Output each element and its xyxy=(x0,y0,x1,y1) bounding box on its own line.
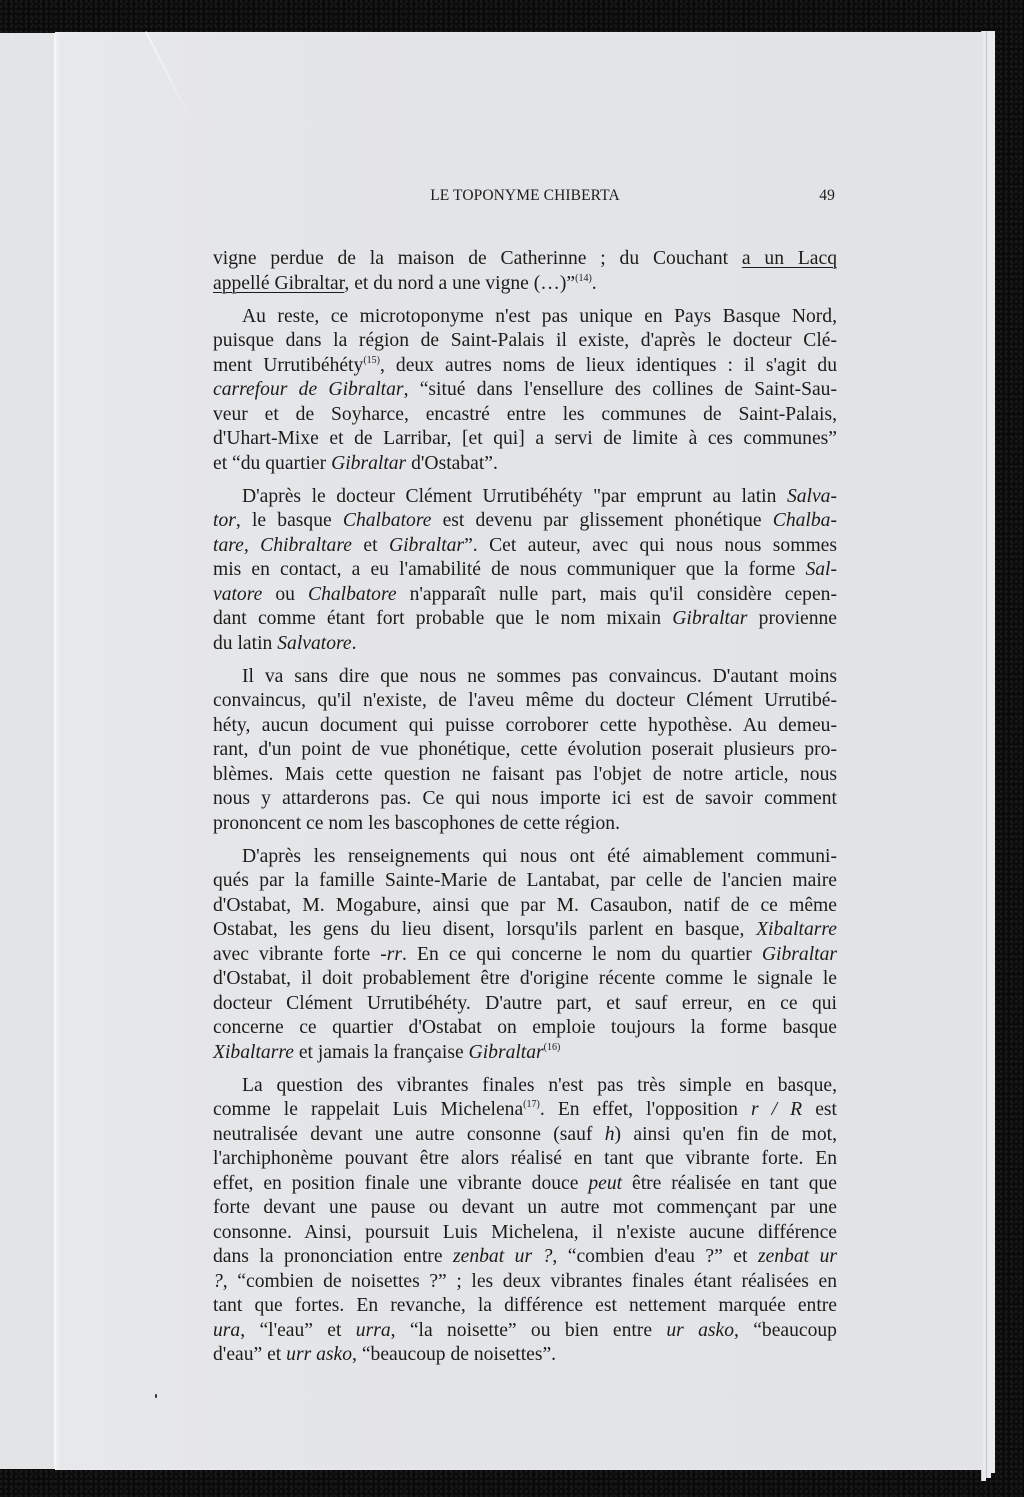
paragraph: D'après les renseignements qui nous ont … xyxy=(213,845,837,1066)
paragraph: D'après le docteur Clément Urrutibéhéty … xyxy=(213,485,837,657)
text-line: nous y attarderons pas. Ce qui nous impo… xyxy=(213,787,837,812)
text-run: , “combien de noisettes ?” ; les deux vi… xyxy=(223,1271,837,1292)
text-run: comme le rappelait Luis Michelena xyxy=(213,1099,523,1120)
italic-term: Gibraltar xyxy=(762,944,837,965)
text-run: , “beaucoup de noisettes”. xyxy=(352,1344,556,1365)
text-line: docteur Clément Urrutibéhéty. D'autre pa… xyxy=(213,992,837,1017)
italic-term: Sal- xyxy=(805,559,837,580)
facing-page-edge xyxy=(0,33,55,1469)
text-run: et “du quartier xyxy=(213,453,331,474)
text-run: est xyxy=(802,1099,837,1120)
italic-term: urr asko xyxy=(286,1344,352,1365)
text-run: Ostabat, les gens du lieu disent, lorsqu… xyxy=(213,919,756,940)
text-run: D'après les renseignements qui nous ont … xyxy=(242,846,837,867)
text-run: ) ainsi qu'en fin de mot, xyxy=(615,1124,837,1145)
text-line: consonne. Ainsi, poursuit Luis Michelena… xyxy=(213,1221,837,1246)
text-line: forte devant une pause ou devant un autr… xyxy=(213,1196,837,1221)
italic-term: Salva- xyxy=(787,486,837,507)
text-run: puisque dans la région de Saint-Palais i… xyxy=(213,330,837,351)
italic-term: ur asko xyxy=(666,1320,734,1341)
text-run: d'Ostabat, M. Mogabure, ainsi que par M.… xyxy=(213,895,837,916)
text-line: blèmes. Mais cette question ne faisant p… xyxy=(213,763,837,788)
footnote-reference: (16) xyxy=(544,1042,561,1053)
paragraph: La question des vibrantes finales n'est … xyxy=(213,1074,837,1368)
italic-term: Gibraltar xyxy=(331,453,406,474)
text-run: ment Urrutibéhéty xyxy=(213,355,363,376)
text-run: . En effet, l'opposition xyxy=(540,1099,751,1120)
text-run: , le basque xyxy=(236,510,343,531)
text-line: dans la prononciation entre zenbat ur ?,… xyxy=(213,1245,837,1270)
text-line: ura, “l'eau” et urra, “la noisette” ou b… xyxy=(213,1319,837,1344)
text-run: Au reste, ce microtoponyme n'est pas uni… xyxy=(242,306,837,327)
text-line: D'après les renseignements qui nous ont … xyxy=(213,845,837,870)
text-line: appellé Gibraltar, et du nord a une vign… xyxy=(213,272,837,297)
text-run: dant comme étant fort probable que le no… xyxy=(213,608,672,629)
scan-speck xyxy=(155,1394,157,1398)
text-line: Il va sans dire que nous ne sommes pas c… xyxy=(213,665,837,690)
footnote-reference: (17) xyxy=(523,1099,540,1110)
text-line: héty, aucun document qui puisse corrobor… xyxy=(213,714,837,739)
text-run: et jamais la française xyxy=(294,1042,469,1063)
text-run: mis en contact, a eu l'amabilité de nous… xyxy=(213,559,805,580)
text-run: veur et de Soyharce, encastré entre les … xyxy=(213,404,837,425)
italic-term: tare, Chibraltare xyxy=(213,535,352,556)
page-stack-edge xyxy=(986,31,991,1478)
text-run: . xyxy=(592,273,597,294)
text-line: Au reste, ce microtoponyme n'est pas uni… xyxy=(213,305,837,330)
text-line: Ostabat, les gens du lieu disent, lorsqu… xyxy=(213,918,837,943)
text-line: La question des vibrantes finales n'est … xyxy=(213,1074,837,1099)
text-run: convaincus, qu'il n'existe, de l'aveu mê… xyxy=(213,690,837,711)
text-run: , “l'eau” et xyxy=(240,1320,356,1341)
text-run: , “situé dans l'ensellure des collines d… xyxy=(404,379,837,400)
text-line: qués par la famille Sainte-Marie de Lant… xyxy=(213,869,837,894)
text-line: carrefour de Gibraltar, “situé dans l'en… xyxy=(213,378,837,403)
text-run: , deux autres noms de lieux identiques :… xyxy=(380,355,837,376)
italic-term: h xyxy=(605,1124,615,1145)
running-title: LE TOPONYME CHIBERTA xyxy=(213,187,837,205)
text-line: ?, “combien de noisettes ?” ; les deux v… xyxy=(213,1270,837,1295)
page-number: 49 xyxy=(819,187,835,205)
text-run: La question des vibrantes finales n'est … xyxy=(242,1075,837,1096)
text-run: dans la prononciation entre xyxy=(213,1246,453,1267)
text-run: tant que fortes. En revanche, la différe… xyxy=(213,1295,837,1316)
text-line: convaincus, qu'il n'existe, de l'aveu mê… xyxy=(213,689,837,714)
italic-term: urra xyxy=(356,1320,391,1341)
text-line: effet, en position finale une vibrante d… xyxy=(213,1172,837,1197)
text-line: mis en contact, a eu l'amabilité de nous… xyxy=(213,558,837,583)
text-run: ou xyxy=(262,584,308,605)
text-line: du latin Salvatore. xyxy=(213,632,837,657)
paragraph: Au reste, ce microtoponyme n'est pas uni… xyxy=(213,305,837,477)
text-run: provienne xyxy=(747,608,837,629)
text-run: qués par la famille Sainte-Marie de Lant… xyxy=(213,870,837,891)
text-run: nous y attarderons pas. Ce qui nous impo… xyxy=(213,788,837,809)
text-line: dant comme étant fort probable que le no… xyxy=(213,607,837,632)
footnote-reference: (15) xyxy=(363,355,380,366)
italic-term: Chalbatore xyxy=(308,584,397,605)
running-head: LE TOPONYME CHIBERTA 49 xyxy=(213,187,837,209)
text-run: Il va sans dire que nous ne sommes pas c… xyxy=(242,666,837,687)
italic-term: vatore xyxy=(213,584,262,605)
text-run: effet, en position finale une vibrante d… xyxy=(213,1173,588,1194)
italic-term: Salvatore xyxy=(277,633,351,654)
italic-term: Xibaltarre xyxy=(756,919,837,940)
text-run: l'archiphonème pouvant être alors réalis… xyxy=(213,1148,837,1169)
text-run: forte devant une pause ou devant un autr… xyxy=(213,1197,837,1218)
italic-term: -rr xyxy=(380,944,402,965)
text-run: et xyxy=(352,535,389,556)
text-line: comme le rappelait Luis Michelena(17). E… xyxy=(213,1098,837,1123)
italic-term: ura xyxy=(213,1320,240,1341)
text-line: d'Ostabat, il doit probablement être d'o… xyxy=(213,967,837,992)
text-run: a un Lacq xyxy=(742,248,837,269)
text-line: concerne ce quartier d'Ostabat on emploi… xyxy=(213,1016,837,1041)
text-run: , “beaucoup xyxy=(734,1320,837,1341)
italic-term: ? xyxy=(213,1271,223,1292)
italic-term: peut xyxy=(588,1173,622,1194)
italic-term: Gibraltar xyxy=(389,535,464,556)
text-run: ”. Cet auteur, avec qui nous nous sommes xyxy=(464,535,837,556)
text-line: d'Uhart-Mixe et de Larribar, [et qui] a … xyxy=(213,427,837,452)
text-line: prononcent ce nom les bascophones de cet… xyxy=(213,812,837,837)
italic-term: Gibraltar xyxy=(672,608,747,629)
text-run: blèmes. Mais cette question ne faisant p… xyxy=(213,764,837,785)
italic-term: Chalbatore xyxy=(343,510,432,531)
text-run: . En ce qui concerne le nom du quartier xyxy=(402,944,762,965)
text-line: l'archiphonème pouvant être alors réalis… xyxy=(213,1147,837,1172)
text-run: consonne. Ainsi, poursuit Luis Michelena… xyxy=(213,1222,837,1243)
italic-term: zenbat ur ? xyxy=(453,1246,552,1267)
text-run: d'eau” et xyxy=(213,1344,286,1365)
footnote-reference: (14) xyxy=(575,273,592,284)
italic-term: carrefour de Gibraltar xyxy=(213,379,404,400)
italic-term: Xibaltarre xyxy=(213,1042,294,1063)
text-line: et “du quartier Gibraltar d'Ostabat”. xyxy=(213,452,837,477)
text-run: du latin xyxy=(213,633,277,654)
text-run: docteur Clément Urrutibéhéty. D'autre pa… xyxy=(213,993,837,1014)
text-run: rant, d'un point de vue phonétique, cett… xyxy=(213,739,837,760)
text-line: rant, d'un point de vue phonétique, cett… xyxy=(213,738,837,763)
text-line: avec vibrante forte -rr. En ce qui conce… xyxy=(213,943,837,968)
text-line: neutralisée devant une autre consonne (s… xyxy=(213,1123,837,1148)
text-run: appellé Gibraltar xyxy=(213,273,344,294)
text-run: être réalisée en tant que xyxy=(622,1173,837,1194)
text-run: héty, aucun document qui puisse corrobor… xyxy=(213,715,837,736)
text-line: tare, Chibraltare et Gibraltar”. Cet aut… xyxy=(213,534,837,559)
text-run: . xyxy=(352,633,357,654)
text-run: , “la noisette” ou bien entre xyxy=(391,1320,667,1341)
book-gutter xyxy=(54,33,56,1469)
text-line: veur et de Soyharce, encastré entre les … xyxy=(213,403,837,428)
text-line: d'eau” et urr asko, “beaucoup de noisett… xyxy=(213,1343,837,1368)
text-line: ment Urrutibéhéty(15), deux autres noms … xyxy=(213,354,837,379)
text-line: Xibaltarre et jamais la française Gibral… xyxy=(213,1041,837,1066)
text-run: vigne perdue de la maison de Catherinne … xyxy=(213,248,742,269)
text-line: tant que fortes. En revanche, la différe… xyxy=(213,1294,837,1319)
text-run: avec vibrante forte xyxy=(213,944,380,965)
text-run: concerne ce quartier d'Ostabat on emploi… xyxy=(213,1017,837,1038)
paragraph: vigne perdue de la maison de Catherinne … xyxy=(213,247,837,296)
italic-term: Gibraltar xyxy=(469,1042,544,1063)
italic-term: r / R xyxy=(751,1099,802,1120)
text-run: prononcent ce nom les bascophones de cet… xyxy=(213,813,620,834)
text-run: d'Ostabat”. xyxy=(406,453,498,474)
text-line: D'après le docteur Clément Urrutibéhéty … xyxy=(213,485,837,510)
paragraph: Il va sans dire que nous ne sommes pas c… xyxy=(213,665,837,837)
text-run: d'Uhart-Mixe et de Larribar, [et qui] a … xyxy=(213,428,837,449)
text-run: est devenu par glissement phonétique xyxy=(431,510,772,531)
text-run: n'apparaît nulle part, mais qu'il consid… xyxy=(397,584,837,605)
text-run: neutralisée devant une autre consonne (s… xyxy=(213,1124,605,1145)
text-run: d'Ostabat, il doit probablement être d'o… xyxy=(213,968,837,989)
italic-term: zenbat ur xyxy=(758,1246,837,1267)
text-run: , et du nord a une vigne (…)” xyxy=(344,273,575,294)
text-run: , “combien d'eau ?” et xyxy=(552,1246,758,1267)
text-line: puisque dans la région de Saint-Palais i… xyxy=(213,329,837,354)
text-line: tor, le basque Chalbatore est devenu par… xyxy=(213,509,837,534)
text-line: d'Ostabat, M. Mogabure, ainsi que par M.… xyxy=(213,894,837,919)
italic-term: Chalba- xyxy=(773,510,837,531)
text-line: vigne perdue de la maison de Catherinne … xyxy=(213,247,837,272)
text-run: D'après le docteur Clément Urrutibéhéty … xyxy=(242,486,787,507)
text-line: vatore ou Chalbatore n'apparaît nulle pa… xyxy=(213,583,837,608)
italic-term: tor xyxy=(213,510,236,531)
body-text: vigne perdue de la maison de Catherinne … xyxy=(213,247,837,1376)
